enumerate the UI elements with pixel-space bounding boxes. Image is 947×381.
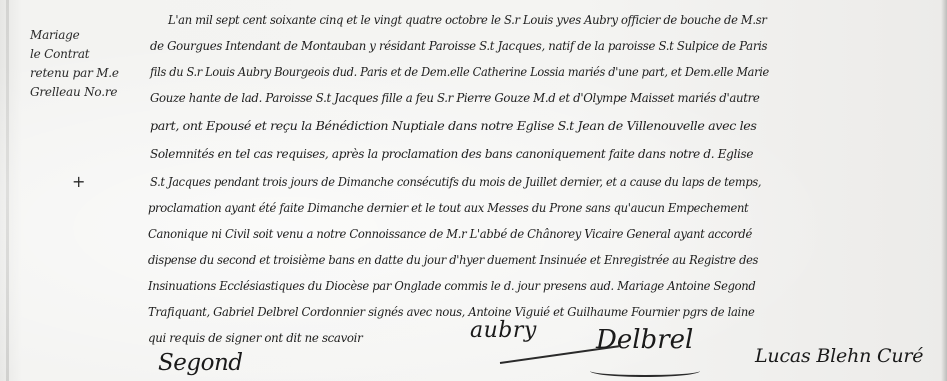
signature-aubry: aubry bbox=[470, 318, 537, 343]
signature-cure: Lucas Blehn Curé bbox=[755, 345, 923, 367]
signature-delbrel: Delbrel bbox=[596, 325, 693, 355]
register-page: Mariage le Contrat retenu par M.e Grelle… bbox=[0, 0, 947, 381]
signature-paraph bbox=[590, 365, 700, 377]
signatures-area: Segond aubry Delbrel Lucas Blehn Curé bbox=[0, 0, 947, 381]
signature-segond: Segond bbox=[158, 350, 242, 376]
